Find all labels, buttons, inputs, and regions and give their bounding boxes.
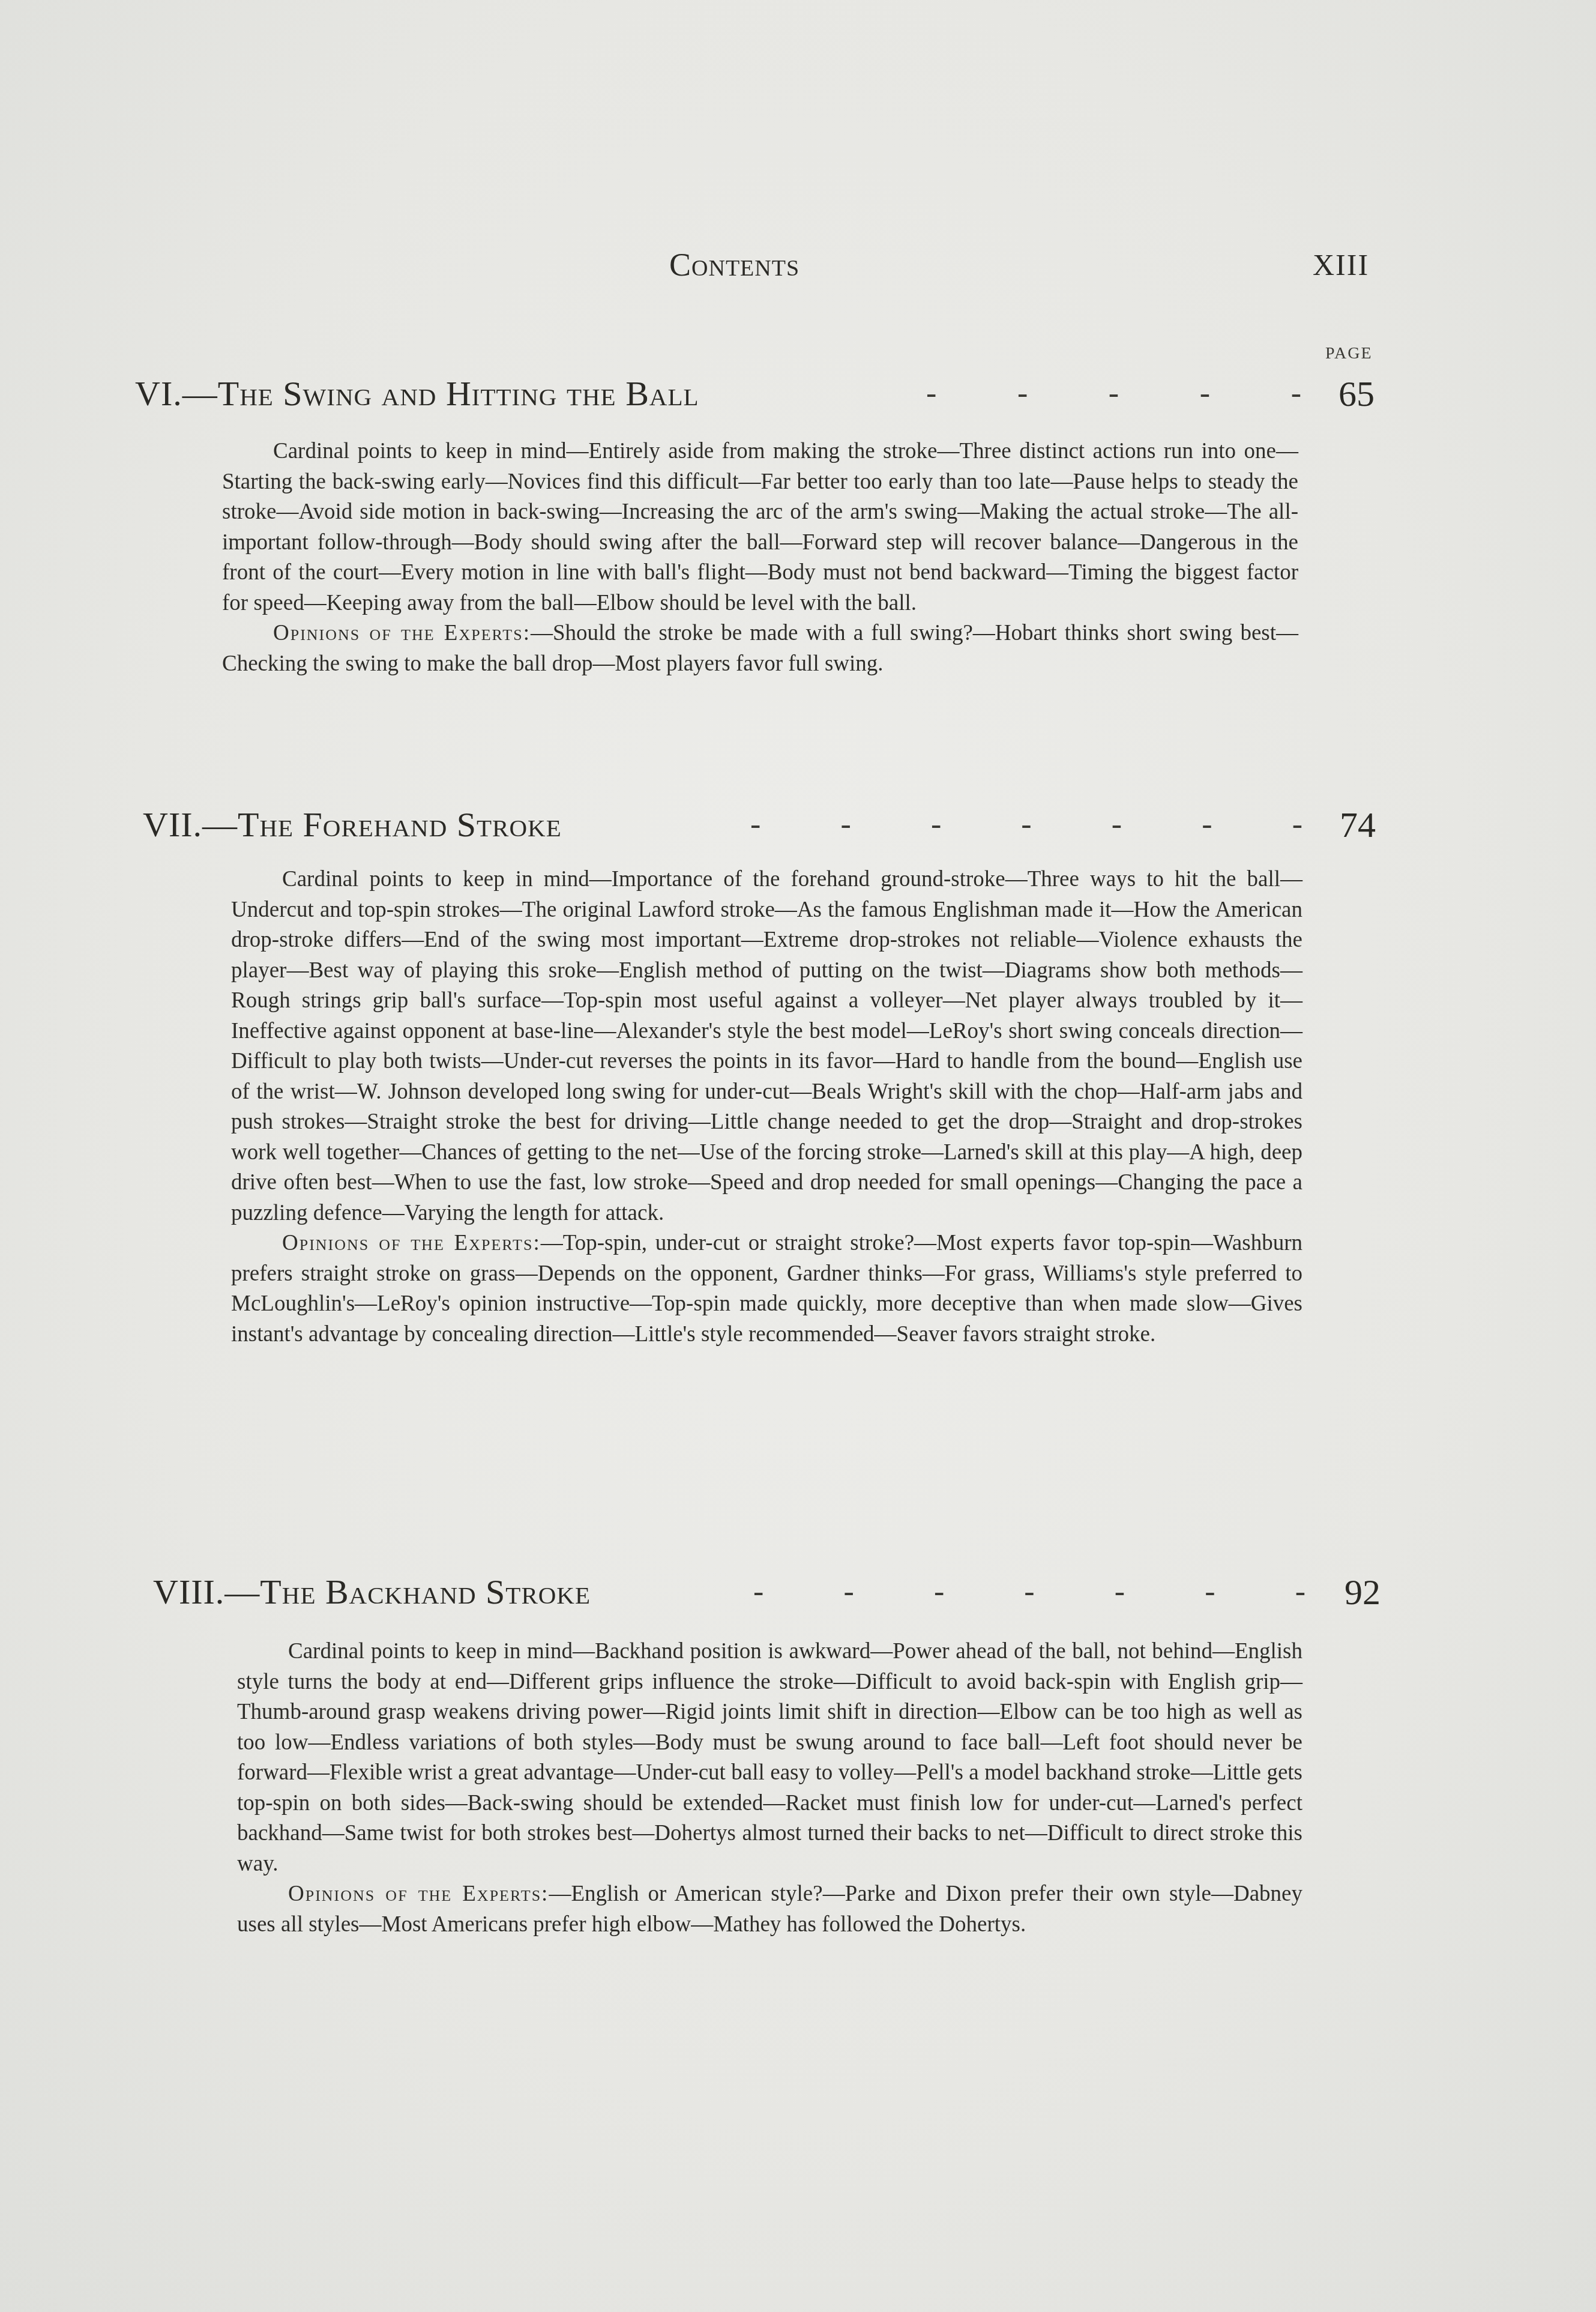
chapter-summary: Cardinal points to keep in mind—Entirely… xyxy=(222,436,1298,679)
experts-opinions: Opinions of the Experts:—Should the stro… xyxy=(222,618,1298,679)
chapter-number: VI. xyxy=(135,374,182,413)
leader-dash: - xyxy=(1295,1574,1305,1610)
chapter-entry-vi: VI.—The Swing and Hitting the Ball - - -… xyxy=(0,373,1596,427)
chapter-entry-viii: VIII.—The Backhand Stroke - - - - - - - … xyxy=(0,1572,1596,1626)
chapter-title: VII.—The Forehand Stroke xyxy=(143,804,562,845)
chapter-page-number: 74 xyxy=(1340,804,1376,846)
leader-dash: - xyxy=(1205,1574,1215,1610)
leader-dash: - xyxy=(1291,376,1301,411)
chapter-heading: VI.—The Swing and Hitting the Ball - - -… xyxy=(0,373,1596,427)
page-column-label: PAGE xyxy=(1325,344,1373,363)
chapter-name: —The Backhand Stroke xyxy=(224,1572,591,1611)
chapter-number: VII. xyxy=(143,805,202,844)
chapter-name: —The Swing and Hitting the Ball xyxy=(182,374,699,413)
summary-topics: Cardinal points to keep in mind—Importan… xyxy=(231,865,1302,1228)
leader-dash: - xyxy=(840,807,851,842)
chapter-summary: Cardinal points to keep in mind—Backhand… xyxy=(237,1637,1302,1940)
leader-dash: - xyxy=(1292,807,1302,842)
leader-dash: - xyxy=(753,1574,763,1610)
leader-dash: - xyxy=(926,376,936,411)
leader-dash: - xyxy=(843,1574,854,1610)
leader-dash: - xyxy=(1021,807,1031,842)
leader-dash: - xyxy=(934,1574,944,1610)
chapter-summary: Cardinal points to keep in mind—Importan… xyxy=(231,865,1302,1350)
experts-opinions: Opinions of the Experts:—Top-spin, under… xyxy=(231,1228,1302,1350)
chapter-page-number: 92 xyxy=(1345,1572,1381,1613)
leader-dash: - xyxy=(1200,376,1210,411)
dot-leaders: - - - - - xyxy=(926,376,1301,411)
chapter-number: VIII. xyxy=(153,1572,224,1611)
summary-topics: Cardinal points to keep in mind—Entirely… xyxy=(222,436,1298,618)
chapter-entry-vii: VII.—The Forehand Stroke - - - - - - - 7… xyxy=(0,804,1596,859)
experts-label: Opinions of the Experts: xyxy=(288,1882,549,1906)
leader-dash: - xyxy=(1024,1574,1034,1610)
book-page: Contents XIII PAGE VI.—The Swing and Hit… xyxy=(0,0,1596,2312)
running-head-title: Contents xyxy=(669,246,800,283)
experts-label: Opinions of the Experts: xyxy=(273,621,531,645)
leader-dash: - xyxy=(750,807,760,842)
experts-opinions: Opinions of the Experts:—English or Amer… xyxy=(237,1879,1302,1940)
dot-leaders: - - - - - - - xyxy=(753,1574,1305,1610)
page-folio-number: XIII xyxy=(1313,247,1369,282)
leader-dash: - xyxy=(1115,1574,1125,1610)
leader-dash: - xyxy=(1017,376,1028,411)
chapter-page-number: 65 xyxy=(1339,373,1375,415)
summary-topics: Cardinal points to keep in mind—Backhand… xyxy=(237,1637,1302,1879)
dot-leaders: - - - - - - - xyxy=(750,807,1302,842)
chapter-heading: VII.—The Forehand Stroke - - - - - - - 7… xyxy=(0,804,1596,859)
chapter-title: VI.—The Swing and Hitting the Ball xyxy=(135,373,699,414)
running-head: Contents XIII xyxy=(0,246,1596,294)
chapter-name: —The Forehand Stroke xyxy=(202,805,562,844)
leader-dash: - xyxy=(1109,376,1119,411)
leader-dash: - xyxy=(1112,807,1122,842)
leader-dash: - xyxy=(1202,807,1212,842)
chapter-title: VIII.—The Backhand Stroke xyxy=(153,1572,591,1612)
chapter-heading: VIII.—The Backhand Stroke - - - - - - - … xyxy=(0,1572,1596,1626)
leader-dash: - xyxy=(931,807,941,842)
experts-label: Opinions of the Experts: xyxy=(282,1231,541,1255)
